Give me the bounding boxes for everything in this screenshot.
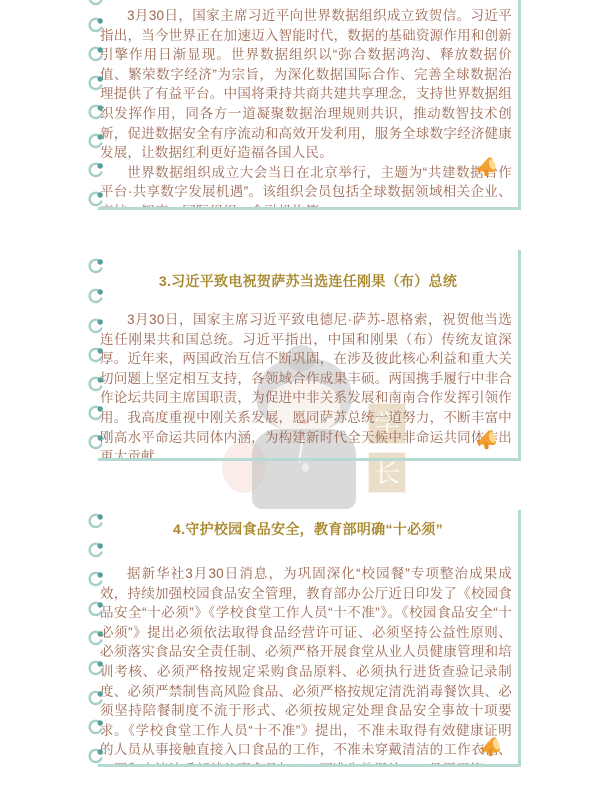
- watermark-pendant: [302, 463, 309, 472]
- section-title: 4.守护校园食品安全，教育部明确“十必须”: [98, 520, 518, 538]
- paragraph: 3月30日，国家主席习近平致电德尼·萨苏-恩格索，祝贺他当选连任刚果共和国总统。…: [100, 310, 512, 461]
- spiral-ring-icon: [86, 719, 104, 735]
- watermark-seal-zhang-char: 长: [374, 460, 400, 486]
- news-card-3-body: 据新华社3月30日消息，为巩固深化“校园餐”专项整治成果成效，持续加强校园食品安…: [98, 564, 518, 767]
- news-card-1-body: 3月30日，国家主席习近平向世界数据组织成立致贺信。习近平指出，当今世界正在加速…: [98, 0, 518, 210]
- megaphone-icon: [475, 155, 501, 179]
- news-card-2: 3.习近平致电祝贺萨苏当选连任刚果（布）总统 3月30日，国家主席习近平致电德尼…: [98, 250, 521, 461]
- megaphone-icon: [475, 428, 501, 452]
- newsletter-page: 学 长 3月30日，国家主席习近平向世界数据组织成立致贺信。习近平指出，当今世界…: [0, 0, 612, 792]
- spiral-ring-icon: [86, 660, 104, 676]
- paragraph: 世界数据组织成立大会当日在北京举行，主题为“共建数据合作平台·共享数字发展机遇”…: [100, 163, 512, 210]
- spiral-ring-icon: [86, 104, 104, 120]
- news-card-1: 3月30日，国家主席习近平向世界数据组织成立致贺信。习近平指出，当今世界正在加速…: [98, 0, 521, 210]
- news-card-2-body: 3月30日，国家主席习近平致电德尼·萨苏-恩格索，祝贺他当选连任刚果共和国总统。…: [98, 310, 518, 461]
- spiral-ring-icon: [86, 690, 104, 706]
- paragraph: 据新华社3月30日消息，为巩固深化“校园餐”专项整治成果成效，持续加强校园食品安…: [100, 564, 512, 767]
- spiral-ring-icon: [86, 405, 104, 421]
- spiral-ring-icon: [86, 162, 104, 178]
- spiral-ring-icon: [86, 288, 104, 304]
- spiral-ring-icon: [86, 133, 104, 149]
- spiral-ring-icon: [86, 318, 104, 334]
- spiral-ring-icon: [86, 434, 104, 450]
- spiral-ring-icon: [86, 513, 104, 529]
- spiral-ring-icon: [86, 542, 104, 558]
- spiral-ring-icon: [86, 748, 104, 764]
- megaphone-icon: [479, 735, 505, 759]
- spiral-ring-icon: [86, 347, 104, 363]
- spiral-ring-icon: [86, 258, 104, 274]
- paragraph: 3月30日，国家主席习近平向世界数据组织成立致贺信。习近平指出，当今世界正在加速…: [100, 6, 512, 163]
- spiral-ring-icon: [86, 376, 104, 392]
- spiral-ring-icon: [86, 601, 104, 617]
- spiral-ring-icon: [86, 630, 104, 646]
- section-title: 3.习近平致电祝贺萨苏当选连任刚果（布）总统: [98, 272, 518, 290]
- spiral-ring-icon: [86, 17, 104, 33]
- spiral-ring-icon: [86, 75, 104, 91]
- spiral-ring-icon: [86, 0, 104, 6]
- spiral-ring-icon: [86, 191, 104, 207]
- spiral-ring-icon: [86, 571, 104, 587]
- news-card-3: 4.守护校园食品安全，教育部明确“十必须” 据新华社3月30日消息，为巩固深化“…: [98, 510, 521, 767]
- spiral-ring-icon: [86, 46, 104, 62]
